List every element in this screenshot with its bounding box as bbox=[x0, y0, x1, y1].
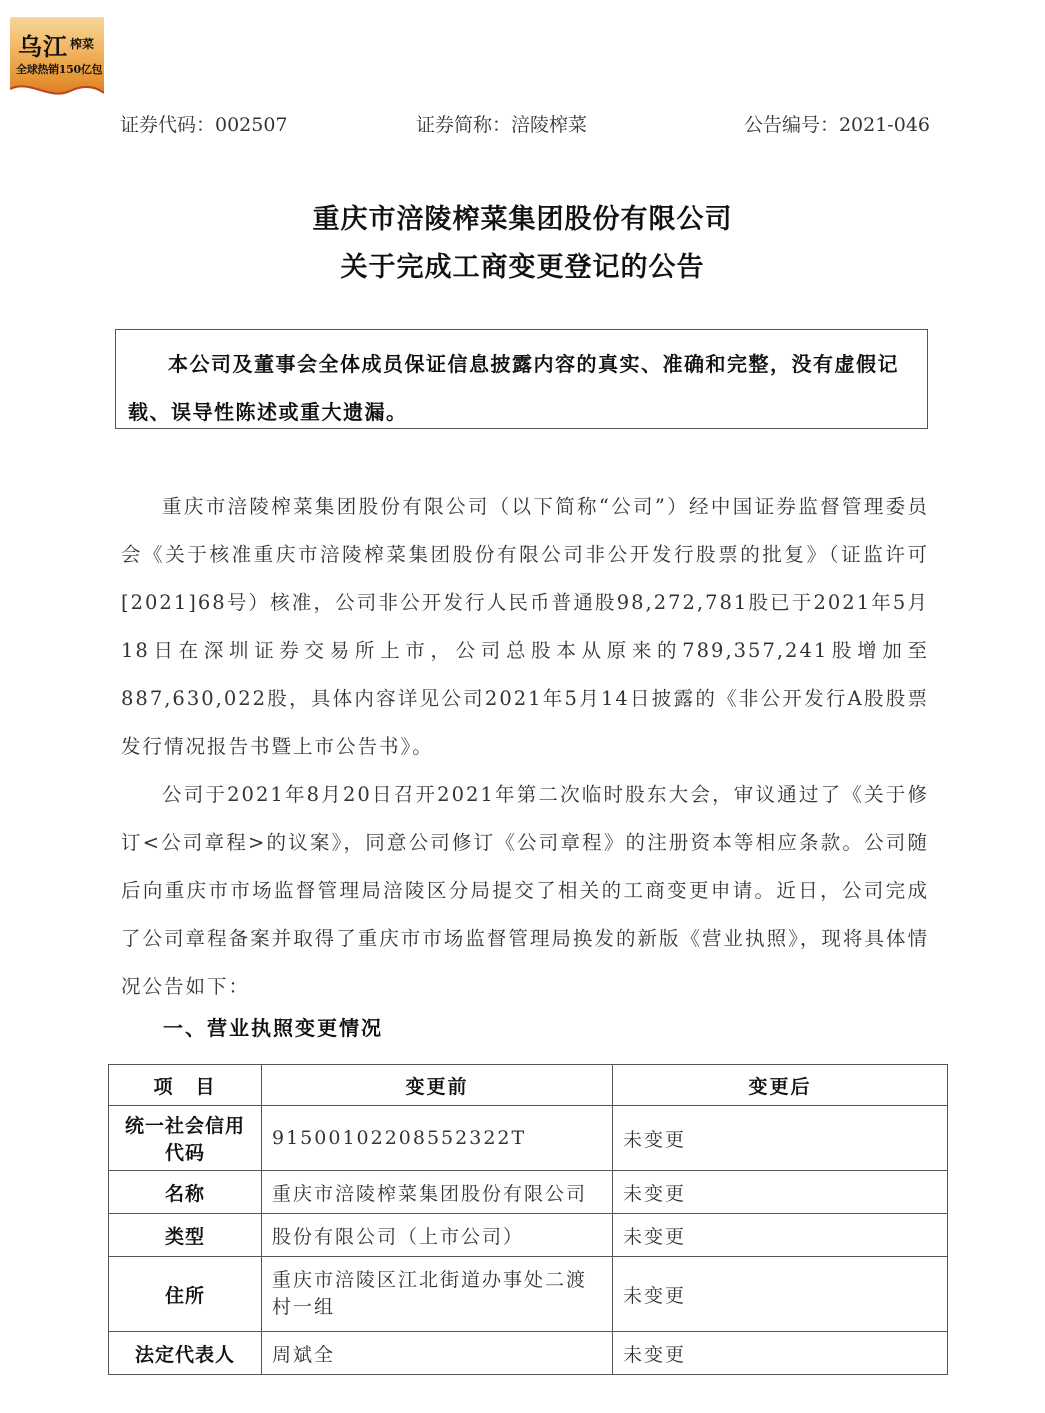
row-after: 未变更 bbox=[613, 1171, 948, 1214]
row-after: 未变更 bbox=[613, 1257, 948, 1332]
announcement-header: 证券代码：002507 证券简称：涪陵榨菜 公告编号：2021-046 bbox=[120, 110, 930, 140]
company-logo: 乌江 榨菜 全球热销150亿包 bbox=[10, 17, 104, 105]
announcement-number: 公告编号：2021-046 bbox=[744, 110, 930, 137]
row-before: 91500102208552322T bbox=[262, 1106, 613, 1171]
table-row: 统一社会信用代码 91500102208552322T 未变更 bbox=[109, 1106, 948, 1171]
row-after: 未变更 bbox=[613, 1214, 948, 1257]
row-item: 统一社会信用代码 bbox=[109, 1106, 262, 1171]
table-row: 名称 重庆市涪陵榨菜集团股份有限公司 未变更 bbox=[109, 1171, 948, 1214]
row-after: 未变更 bbox=[613, 1332, 948, 1375]
disclosure-statement-box: 本公司及董事会全体成员保证信息披露内容的真实、准确和完整，没有虚假记载、误导性陈… bbox=[115, 329, 928, 429]
document-title-line2: 关于完成工商变更登记的公告 bbox=[0, 245, 1045, 284]
column-header-before: 变更前 bbox=[262, 1065, 613, 1106]
logo-brand: 乌江 bbox=[18, 27, 68, 62]
row-before: 周斌全 bbox=[262, 1332, 613, 1375]
column-header-item: 项 目 bbox=[109, 1065, 262, 1106]
table-row: 类型 股份有限公司（上市公司） 未变更 bbox=[109, 1214, 948, 1257]
section-heading-license-changes: 一、营业执照变更情况 bbox=[163, 1012, 383, 1041]
body-paragraph-2: 公司于2021年8月20日召开2021年第二次临时股东大会，审议通过了《关于修订… bbox=[121, 771, 929, 1011]
row-before: 重庆市涪陵区江北街道办事处二渡村一组 bbox=[262, 1257, 613, 1332]
disclosure-statement: 本公司及董事会全体成员保证信息披露内容的真实、准确和完整，没有虚假记载、误导性陈… bbox=[128, 340, 918, 436]
body-paragraph-1: 重庆市涪陵榨菜集团股份有限公司（以下简称“公司”）经中国证券监督管理委员会《关于… bbox=[121, 483, 929, 771]
row-item: 名称 bbox=[109, 1171, 262, 1214]
table-header-row: 项 目 变更前 变更后 bbox=[109, 1065, 948, 1106]
table-row: 住所 重庆市涪陵区江北街道办事处二渡村一组 未变更 bbox=[109, 1257, 948, 1332]
table-row: 法定代表人 周斌全 未变更 bbox=[109, 1332, 948, 1375]
document-title-line1: 重庆市涪陵榨菜集团股份有限公司 bbox=[0, 197, 1045, 236]
security-code: 证券代码：002507 bbox=[120, 110, 288, 137]
row-item: 住所 bbox=[109, 1257, 262, 1332]
logo-slogan: 全球热销150亿包 bbox=[16, 61, 102, 77]
row-before: 重庆市涪陵榨菜集团股份有限公司 bbox=[262, 1171, 613, 1214]
logo-brand-sub: 榨菜 bbox=[70, 35, 94, 52]
row-item: 类型 bbox=[109, 1214, 262, 1257]
license-change-table: 项 目 变更前 变更后 统一社会信用代码 91500102208552322T … bbox=[108, 1064, 948, 1375]
row-after: 未变更 bbox=[613, 1106, 948, 1171]
row-item: 法定代表人 bbox=[109, 1332, 262, 1375]
logo-wave-decoration bbox=[10, 75, 104, 105]
row-before: 股份有限公司（上市公司） bbox=[262, 1214, 613, 1257]
security-abbreviation: 证券简称：涪陵榨菜 bbox=[416, 110, 587, 137]
column-header-after: 变更后 bbox=[613, 1065, 948, 1106]
